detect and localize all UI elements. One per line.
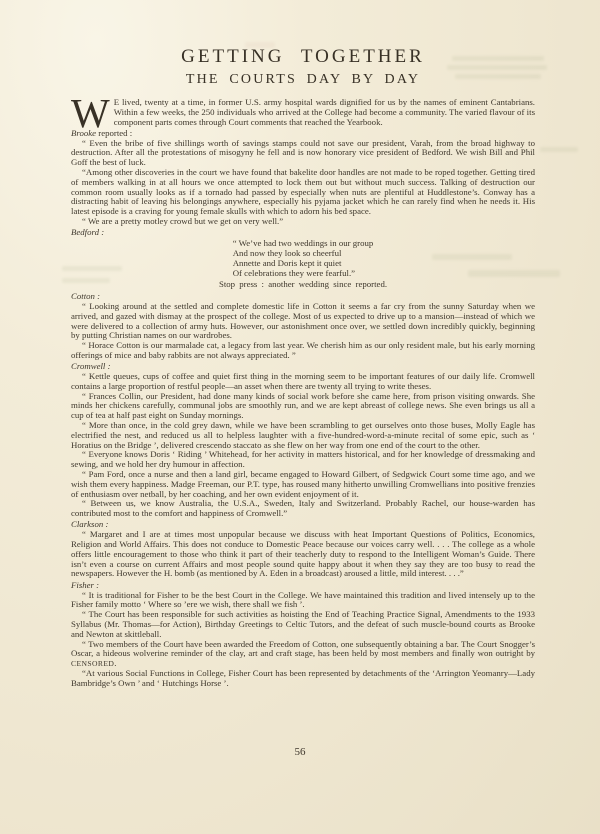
court-section: Brooke reported :“ Even the bribe of fiv… bbox=[71, 129, 535, 227]
verse-line: Of celebrations they were fearful.” bbox=[233, 269, 374, 279]
section-paragraph: “At various Social Functions in College,… bbox=[71, 669, 535, 689]
section-head: Clarkson : bbox=[71, 519, 108, 529]
section-paragraph: “ Pam Ford, once a nurse and then a land… bbox=[71, 470, 535, 499]
section-head-line: Bedford : bbox=[71, 228, 535, 238]
section-head: Brooke bbox=[71, 128, 96, 138]
stop-press-line: Stop press : another wedding since repor… bbox=[71, 280, 535, 290]
section-paragraph: “ Looking around at the settled and comp… bbox=[71, 302, 535, 341]
section-paragraph: “ Between us, we know Australia, the U.S… bbox=[71, 499, 535, 519]
censored-smallcaps: CENSORED bbox=[71, 659, 114, 668]
section-head: Cromwell : bbox=[71, 361, 111, 371]
section-paragraph: “ We are a pretty motley crowd but we ge… bbox=[71, 217, 535, 227]
page-number: 56 bbox=[0, 746, 600, 758]
drop-cap: W bbox=[71, 98, 114, 127]
verse-lines: “ We’ve had two weddings in our groupAnd… bbox=[233, 239, 374, 278]
article-body: WE lived, twenty at a time, in former U.… bbox=[71, 98, 535, 689]
article-header: GETTING TOGETHER THE COURTS DAY BY DAY bbox=[71, 46, 535, 88]
section-head: Fisher : bbox=[71, 580, 99, 590]
section-paragraph: “Among other discoveries in the court we… bbox=[71, 168, 535, 217]
lede-text: E lived, twenty at a time, in former U.S… bbox=[114, 97, 535, 127]
verse: “ We’ve had two weddings in our groupAnd… bbox=[71, 239, 535, 278]
section-paragraph: “ Kettle queues, cups of coffee and quie… bbox=[71, 372, 535, 392]
court-section: Fisher :“ It is traditional for Fisher t… bbox=[71, 581, 535, 689]
section-head: Bedford : bbox=[71, 227, 104, 237]
section-head-rest: reported : bbox=[96, 128, 132, 138]
court-section: Bedford :“ We’ve had two weddings in our… bbox=[71, 228, 535, 290]
section-head: Cotton : bbox=[71, 291, 100, 301]
section-paragraph: “ Two members of the Court have been awa… bbox=[71, 640, 535, 669]
section-paragraph: “ The Court has been responsible for suc… bbox=[71, 610, 535, 639]
court-section: Clarkson :“ Margaret and I are at times … bbox=[71, 520, 535, 579]
page-subtitle: THE COURTS DAY BY DAY bbox=[71, 72, 535, 88]
court-sections: Brooke reported :“ Even the bribe of fiv… bbox=[71, 129, 535, 689]
section-paragraph: “ Margaret and I are at times most unpop… bbox=[71, 530, 535, 579]
court-section: Cromwell :“ Kettle queues, cups of coffe… bbox=[71, 362, 535, 519]
section-paragraph: “ Horace Cotton is our marmalade cat, a … bbox=[71, 341, 535, 361]
section-paragraph: “ Even the bribe of five shillings worth… bbox=[71, 139, 535, 168]
court-section: Cotton :“ Looking around at the settled … bbox=[71, 292, 535, 361]
page-title: GETTING TOGETHER bbox=[71, 46, 535, 68]
lede-paragraph: WE lived, twenty at a time, in former U.… bbox=[71, 98, 535, 127]
article: GETTING TOGETHER THE COURTS DAY BY DAY W… bbox=[71, 46, 535, 689]
bleed-through-mark bbox=[540, 147, 578, 152]
section-paragraph: “ Frances Collin, our President, had don… bbox=[71, 392, 535, 421]
section-paragraph: “ Everyone knows Doris ‘ Riding ’ Whiteh… bbox=[71, 450, 535, 470]
section-paragraph: “ More than once, in the cold grey dawn,… bbox=[71, 421, 535, 450]
section-paragraph: “ It is traditional for Fisher to be the… bbox=[71, 591, 535, 611]
scanned-page: GETTING TOGETHER THE COURTS DAY BY DAY W… bbox=[0, 0, 600, 834]
